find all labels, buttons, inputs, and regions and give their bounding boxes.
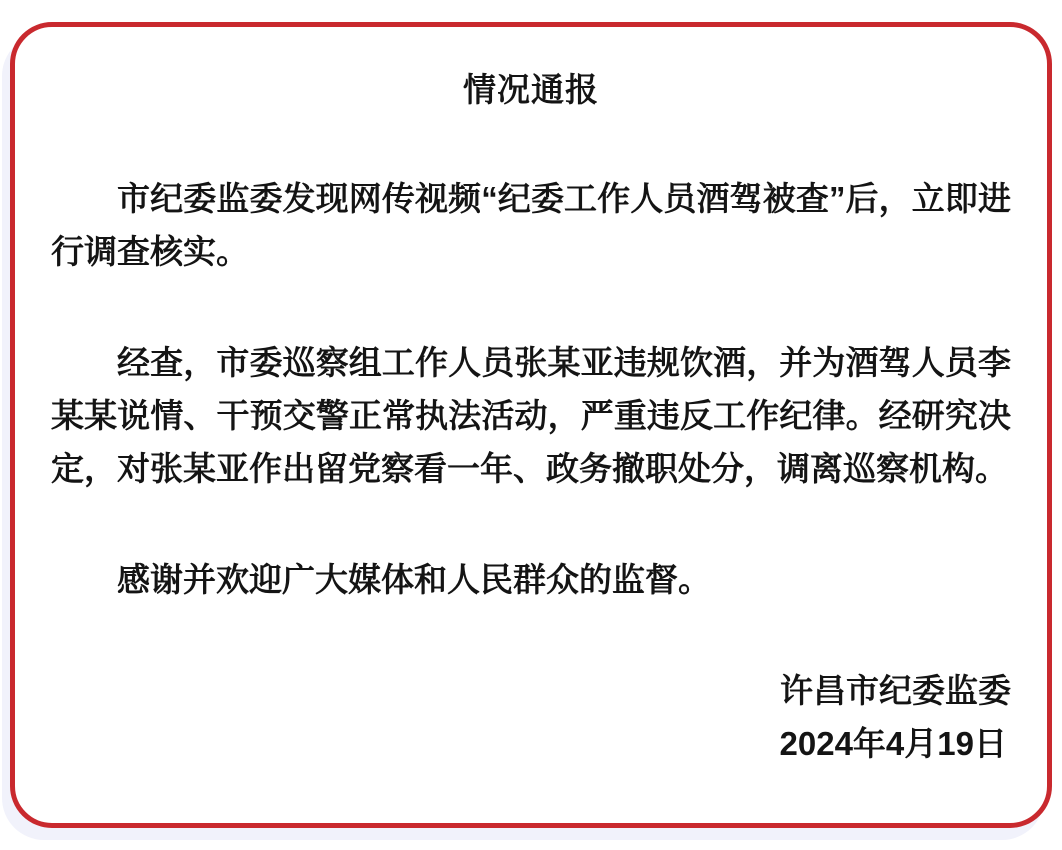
page: { "page": { "background_color": "#ffffff… <box>0 0 1062 850</box>
notice-title: 情况通报 <box>51 63 1011 116</box>
notice-date: 2024年4月19日 <box>51 717 1011 770</box>
notice-paragraph: 经查，市委巡察组工作人员张某亚违规饮酒，并为酒驾人员李某某说情、干预交警正常执法… <box>51 336 1011 495</box>
notice-paragraph: 市纪委监委发现网传视频“纪委工作人员酒驾被查”后，立即进行调查核实。 <box>51 172 1011 278</box>
notice-card: 情况通报 市纪委监委发现网传视频“纪委工作人员酒驾被查”后，立即进行调查核实。 … <box>10 22 1052 828</box>
notice-signature: 许昌市纪委监委 <box>51 664 1011 717</box>
notice-paragraph: 感谢并欢迎广大媒体和人民群众的监督。 <box>51 553 1011 606</box>
